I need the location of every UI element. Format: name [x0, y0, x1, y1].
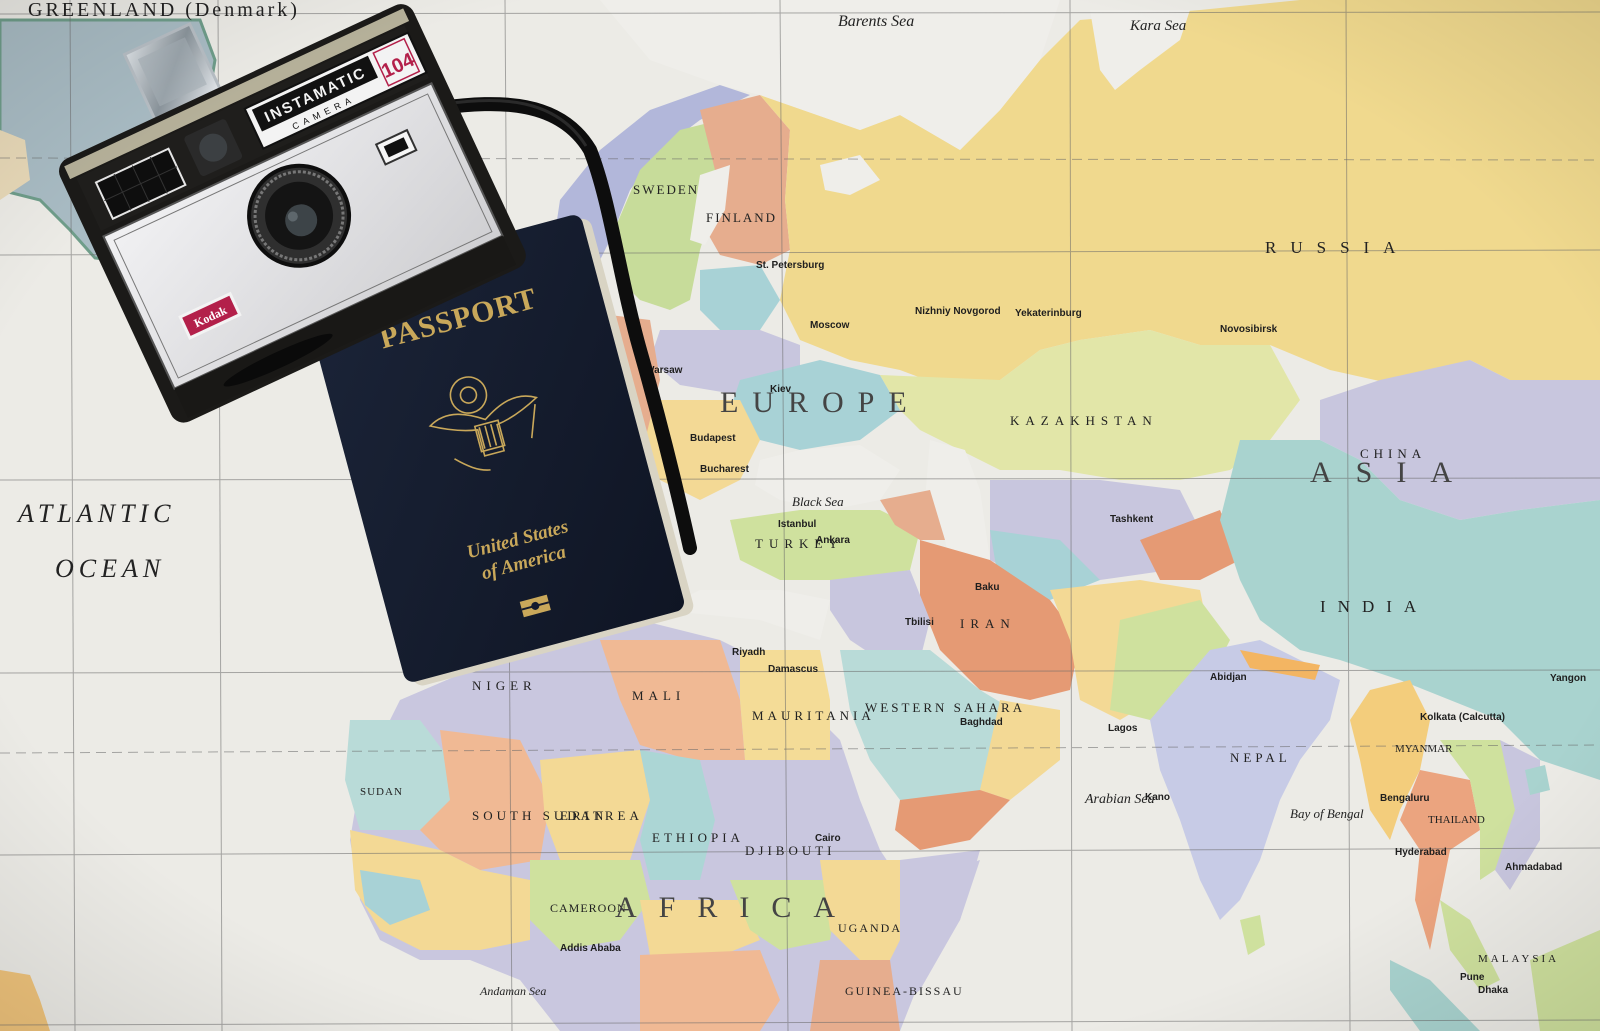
photo-vignette — [0, 0, 1600, 1031]
photo-scene: GREENLAND (Denmark) Barents Sea Kara Sea… — [0, 0, 1600, 1031]
